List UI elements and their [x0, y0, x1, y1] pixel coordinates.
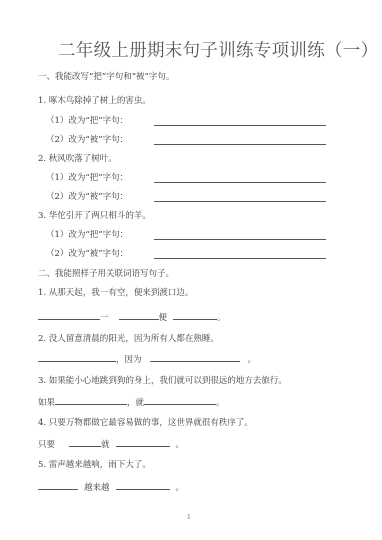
blank[interactable] [38, 480, 78, 490]
s1-q1-bei-answer-line[interactable] [154, 144, 326, 145]
connector-word: 越来越 [84, 483, 110, 493]
connector-word: 只要 [38, 440, 55, 450]
blank[interactable] [119, 310, 159, 320]
blank[interactable] [116, 480, 170, 490]
connector-word: 就 [101, 440, 110, 450]
page-number: 1 [187, 514, 191, 521]
s1-q1-ba-label: （1）改为“把”字句： [46, 115, 128, 127]
s2-q2-fill-row: ，因为。 [38, 352, 256, 366]
s1-q3-ba-label: （1）改为“把”字句： [46, 229, 128, 241]
blank[interactable] [38, 310, 100, 320]
s2-q1-sentence: 1. 从那天起，我一有空，便来到渡口边。 [38, 287, 193, 299]
punctuation: 。 [216, 398, 225, 408]
blank[interactable] [55, 395, 127, 405]
connector-word: 如果 [38, 398, 55, 408]
blank[interactable] [69, 437, 101, 447]
s1-q3-ba-answer-line[interactable] [154, 239, 326, 240]
blank[interactable] [150, 352, 240, 362]
connector-word: ，就 [127, 398, 144, 408]
s1-q1-sentence: 1. 啄木鸟除掉了树上的害虫。 [38, 95, 151, 107]
s2-q5-sentence: 5. 雷声越来越响，雨下大了。 [38, 459, 151, 471]
punctuation: 。 [176, 483, 185, 493]
blank[interactable] [144, 395, 216, 405]
s1-q2-ba-label: （1）改为“把”字句： [46, 172, 128, 184]
blank[interactable] [38, 352, 116, 362]
s2-q3-sentence: 3. 如果能小心地跳到狗的身上，我们就可以到很远的地方去旅行。 [38, 375, 287, 387]
section1-heading: 一、我能改写“把”字句和“被”字句。 [38, 71, 174, 83]
punctuation: 。 [217, 313, 226, 323]
s2-q1-fill-row: 一便。 [38, 310, 226, 324]
s2-q3-fill-row: 如果，就。 [38, 395, 225, 409]
s1-q2-sentence: 2. 秋风吹落了树叶。 [38, 153, 117, 165]
s1-q3-sentence: 3. 华佗引开了两只相斗的羊。 [38, 210, 151, 222]
s1-q2-ba-answer-line[interactable] [154, 182, 326, 183]
s2-q2-sentence: 2. 没人留意清晨的阳光，因为所有人都在熟睡。 [38, 333, 219, 345]
s1-q1-ba-answer-line[interactable] [154, 125, 326, 126]
s1-q1-bei-label: （2）改为“被”字句： [46, 134, 128, 146]
s2-q5-fill-row: 越来越。 [38, 480, 184, 494]
page-title: 二年级上册期末句子训练专项训练（一） [58, 40, 378, 62]
blank[interactable] [116, 437, 170, 447]
blank[interactable] [173, 310, 217, 320]
s1-q2-bei-answer-line[interactable] [154, 201, 326, 202]
section2-heading: 二、我能照样子用关联词语写句子。 [38, 268, 174, 280]
punctuation: 。 [176, 440, 185, 450]
connector-word: 便 [159, 313, 168, 323]
connector-word: ，因为 [116, 355, 142, 365]
s1-q2-bei-label: （2）改为“被”字句： [46, 191, 128, 203]
s1-q3-bei-label: （2）改为“被”字句： [46, 248, 128, 260]
punctuation: 。 [248, 355, 257, 365]
connector-word: 一 [100, 313, 109, 323]
s2-q4-fill-row: 只要就。 [38, 437, 184, 451]
s2-q4-sentence: 4. 只要万物都做它最容易做的事，这世界就很有秩序了。 [38, 417, 253, 429]
worksheet-page: 二年级上册期末句子训练专项训练（一） 一、我能改写“把”字句和“被”字句。 1.… [0, 0, 382, 540]
s1-q3-bei-answer-line[interactable] [154, 258, 326, 259]
